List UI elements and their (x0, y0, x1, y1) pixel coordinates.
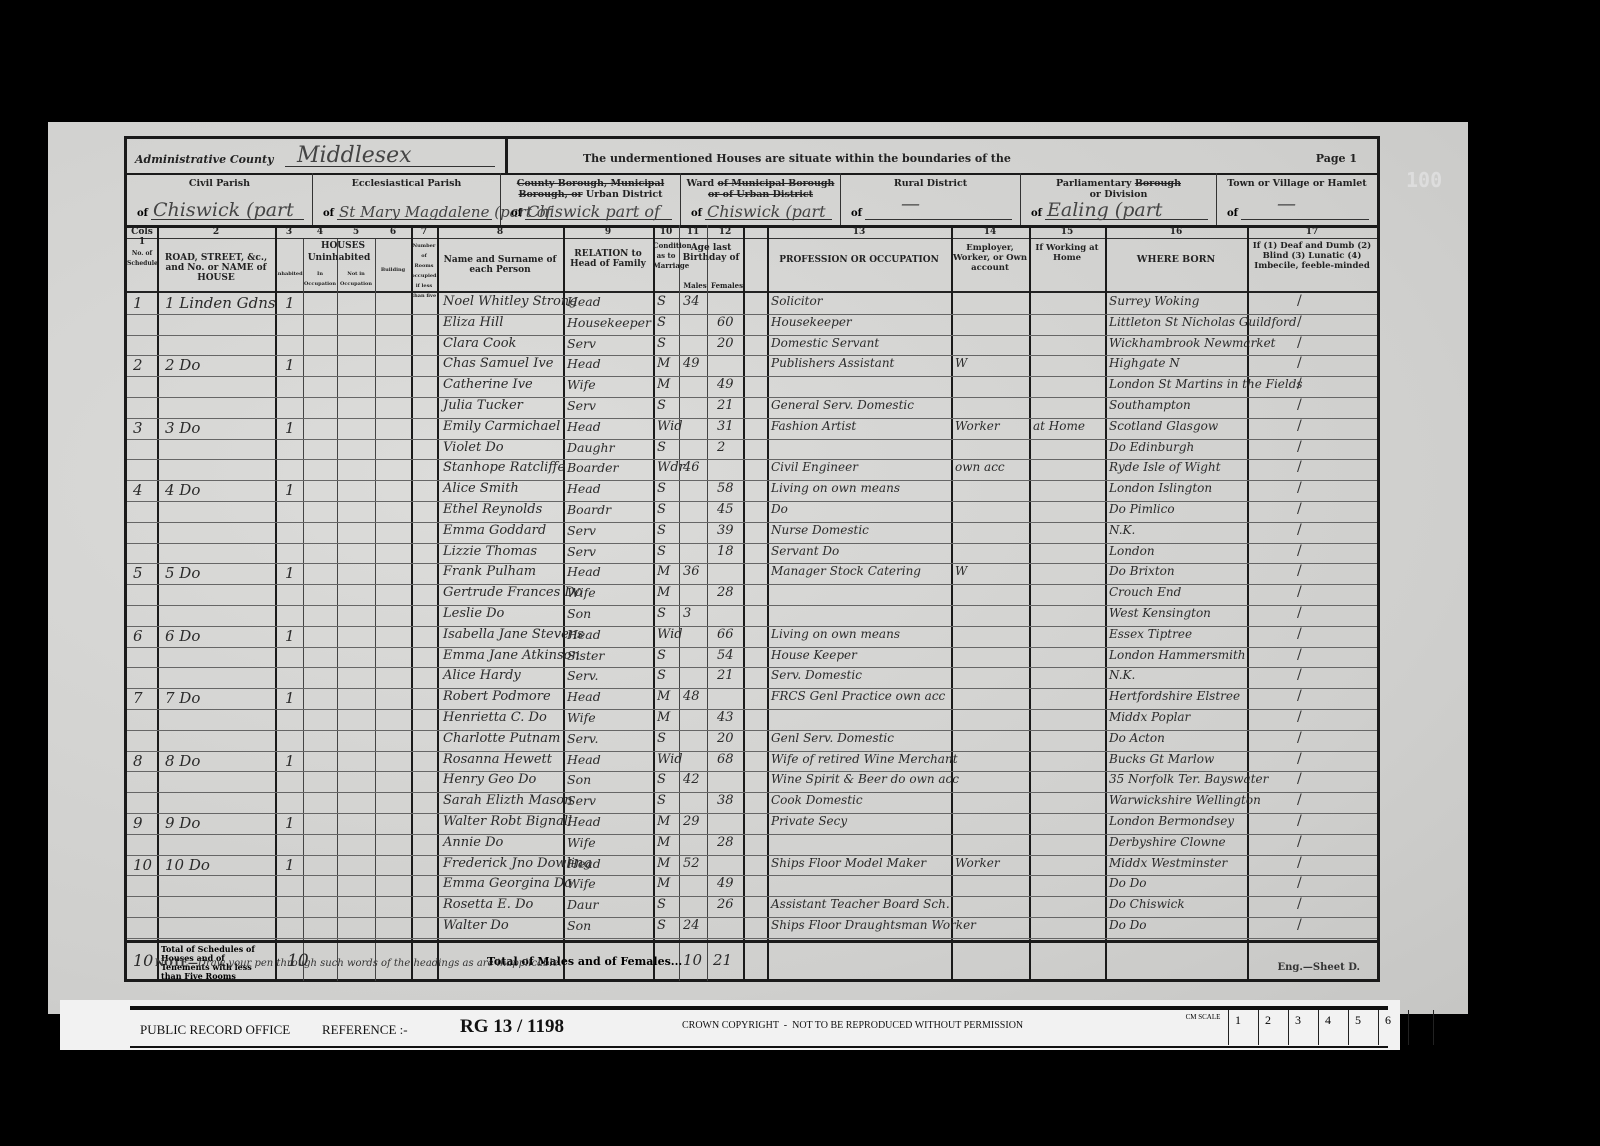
tally-mark: / (1297, 418, 1302, 434)
cell-name: Walter Do (443, 918, 509, 933)
cell-employment: W (955, 564, 967, 578)
cell-name: Clara Cook (443, 336, 516, 351)
cell-address: 2 Do (165, 356, 200, 374)
reference-label: REFERENCE :- (322, 1022, 408, 1038)
table-row: 99 Do1Walter Robt BignallHeadM29Private … (127, 813, 1377, 835)
cell-condition: M (657, 876, 670, 891)
cell-female-age: 38 (717, 793, 734, 808)
cell-occupation: Civil Engineer (771, 460, 858, 474)
column-heading: If (1) Deaf and Dumb (2) Blind (3) Lunat… (1247, 241, 1377, 271)
folio-number: 100 (1406, 168, 1442, 192)
table-row: Julia TuckerServS21General Serv. Domesti… (127, 397, 1377, 419)
cell-male-age: 34 (683, 294, 700, 309)
tally-mark: / (1297, 688, 1302, 704)
cell-born: Surrey Woking (1109, 294, 1199, 308)
cell-occupation: Ships Floor Model Maker (771, 856, 926, 870)
cell-condition: S (657, 918, 666, 933)
table-row: Gertrude Frances DoWifeM28Crouch End/ (127, 584, 1377, 606)
cell-born: Crouch End (1109, 585, 1181, 599)
cell-male-age: 52 (683, 856, 700, 871)
total-schedules: 10 (133, 951, 153, 970)
cell-occupation: Housekeeper (771, 315, 852, 329)
cell-condition: M (657, 564, 670, 579)
cell-born: London Bermondsey (1109, 814, 1234, 828)
cell-name: Lizzie Thomas (443, 544, 537, 559)
cell-relation: Head (567, 564, 601, 579)
cell-condition: M (657, 356, 670, 371)
scale-mark (1408, 1010, 1434, 1045)
cell-name: Noel Whitley Strong (443, 294, 578, 309)
tally-mark: / (1297, 584, 1302, 600)
cell-inhabited: 1 (285, 419, 295, 437)
column-heading: In Occupation (303, 269, 337, 289)
cell-born: Scotland Glasgow (1109, 419, 1218, 433)
table-row: Leslie DoSonS3West Kensington/ (127, 605, 1377, 627)
cell-address: 3 Do (165, 419, 200, 437)
table-row: Lizzie ThomasServS18Servant DoLondon/ (127, 543, 1377, 565)
cell-female-age: 58 (717, 481, 734, 496)
cell-occupation: General Serv. Domestic (771, 398, 914, 412)
cell-female-age: 60 (717, 315, 734, 330)
tally-mark: / (1297, 439, 1302, 455)
column-number: 13 (767, 227, 951, 237)
cell-relation: Boardr (567, 502, 611, 517)
cell-born: Essex Tiptree (1109, 627, 1192, 641)
cell-condition: S (657, 398, 666, 413)
scale-mark: 5 (1348, 1010, 1378, 1045)
cell-address: 4 Do (165, 481, 200, 499)
census-form: Administrative County Middlesex The unde… (124, 136, 1380, 982)
cell-condition: M (657, 585, 670, 600)
cell-name: Sarah Elizth Mason (443, 793, 572, 808)
cell-born: 35 Norfolk Ter. Bayswater (1109, 772, 1268, 786)
cell-condition: M (657, 710, 670, 725)
houses-heading: HOUSES (275, 241, 411, 251)
tally-mark: / (1297, 355, 1302, 371)
cell-at-home: at Home (1033, 419, 1085, 433)
tally-mark: / (1297, 896, 1302, 912)
cell-relation: Serv (567, 336, 596, 351)
cell-name: Julia Tucker (443, 398, 523, 413)
tally-mark: / (1297, 709, 1302, 725)
cell-born: Bucks Gt Marlow (1109, 752, 1214, 766)
column-number: 17 (1247, 227, 1377, 237)
cell-occupation: Domestic Servant (771, 336, 879, 350)
cell-female-age: 54 (717, 648, 734, 663)
scale-mark: 1 (1228, 1010, 1258, 1045)
column-heading: ROAD, STREET, &c., and No. or NAME of HO… (157, 253, 275, 283)
cell-born: Ryde Isle of Wight (1109, 460, 1221, 474)
cell-inhabited: 1 (285, 627, 295, 645)
column-number: 9 (563, 227, 653, 237)
cell-female-age: 28 (717, 835, 734, 850)
cell-relation: Serv. (567, 731, 599, 746)
cell-inhabited: 1 (285, 689, 295, 707)
cell-female-age: 2 (717, 440, 725, 455)
cell-inhabited: 1 (285, 294, 295, 312)
cell-occupation: House Keeper (771, 648, 857, 662)
cell-occupation: Cook Domestic (771, 793, 863, 807)
form-header-top: Administrative County Middlesex The unde… (127, 139, 1377, 175)
cell-male-age: 36 (683, 564, 700, 579)
cell-name: Violet Do (443, 440, 504, 455)
table-row: Ethel ReynoldsBoardrS45DoDo Pimlico/ (127, 501, 1377, 523)
cell-name: Leslie Do (443, 606, 504, 621)
cell-born: Wickhambrook Newmarket (1109, 336, 1276, 350)
cell-relation: Head (567, 627, 601, 642)
cell-name: Emma Goddard (443, 523, 546, 538)
cell-relation: Boarder (567, 460, 619, 475)
page-label: Page 1 (1316, 152, 1357, 165)
column-number: 2 (157, 227, 275, 237)
cell-schedule: 8 (133, 752, 143, 770)
cell-female-age: 49 (717, 377, 734, 392)
cell-schedule: 5 (133, 564, 143, 582)
total-males: 10 (683, 951, 702, 969)
cell-name: Robert Podmore (443, 689, 551, 704)
cell-occupation: Wife of retired Wine Merchant (771, 752, 958, 766)
cell-condition: M (657, 814, 670, 829)
cell-born: Do Brixton (1109, 564, 1175, 578)
cell-relation: Head (567, 356, 601, 371)
column-heading: RELATION to Head of Family (563, 249, 653, 269)
tally-mark: / (1297, 751, 1302, 767)
tally-mark: / (1297, 647, 1302, 663)
table-row: Emma GoddardServS39Nurse DomesticN.K./ (127, 522, 1377, 544)
column-number: 6 (375, 227, 411, 237)
cell-relation: Wife (567, 876, 596, 891)
cell-name: Charlotte Putnam (443, 731, 560, 746)
tally-mark: / (1297, 626, 1302, 642)
scale-mark: 2 (1258, 1010, 1288, 1045)
cell-male-age: 46 (683, 460, 700, 475)
scale-mark: 6 (1378, 1010, 1408, 1045)
column-heading: Inhabited (275, 269, 303, 279)
cell-schedule: 6 (133, 627, 143, 645)
column-number: 12 (707, 227, 743, 237)
tally-mark: / (1297, 792, 1302, 808)
cell-born: N.K. (1109, 668, 1135, 682)
column-number: 5 (337, 227, 375, 237)
tally-mark: / (1297, 480, 1302, 496)
cell-condition: S (657, 648, 666, 663)
civil-parish: Civil Parish of Chiswick (part (127, 173, 313, 225)
column-heading: Building (375, 265, 411, 275)
admin-county-value: Middlesex (297, 143, 412, 168)
cell-occupation: Assistant Teacher Board Sch. (771, 897, 950, 911)
cell-female-age: 68 (717, 752, 734, 767)
table-row: 11 Linden Gdns1Noel Whitley StrongHeadS3… (127, 293, 1377, 315)
cell-relation: Head (567, 752, 601, 767)
table-row: Walter DoSonS24Ships Floor Draughtsman W… (127, 917, 1377, 939)
cell-occupation: Living on own means (771, 481, 900, 495)
table-row: Clara CookServS20Domestic ServantWickham… (127, 335, 1377, 357)
cm-scale: CM SCALE 123456 (1178, 1010, 1434, 1045)
cell-occupation: Serv. Domestic (771, 668, 862, 682)
cell-male-age: 3 (683, 606, 691, 621)
footnote: NOTE—Draw your pen through such words of… (155, 958, 562, 969)
cell-relation: Head (567, 689, 601, 704)
table-row: Eliza HillHousekeeperS60HousekeeperLittl… (127, 314, 1377, 336)
cell-condition: S (657, 731, 666, 746)
cell-name: Stanhope Ratcliffe (443, 460, 565, 475)
cell-male-age: 24 (683, 918, 700, 933)
cell-occupation: Wine Spirit & Beer do own acc (771, 772, 959, 786)
cell-relation: Serv (567, 398, 596, 413)
cell-name: Emily Carmichael (443, 419, 560, 434)
cell-name: Eliza Hill (443, 315, 503, 330)
tally-mark: / (1297, 855, 1302, 871)
cell-relation: Wife (567, 377, 596, 392)
tally-mark: / (1297, 834, 1302, 850)
cell-born: Derbyshire Clowne (1109, 835, 1226, 849)
cell-condition: M (657, 835, 670, 850)
cell-male-age: 48 (683, 689, 700, 704)
cell-name: Rosetta E. Do (443, 897, 533, 912)
census-table: Cols 1234567891011121314151617No. of Sch… (127, 225, 1377, 981)
cell-female-age: 20 (717, 336, 734, 351)
cell-address: 5 Do (165, 564, 200, 582)
column-heading: No. of Schedule (127, 249, 157, 269)
table-row: 55 Do1Frank PulhamHeadM36Manager Stock C… (127, 563, 1377, 585)
column-heading: Age last Birthday of (679, 243, 743, 263)
cell-condition: S (657, 668, 666, 683)
administrative-county: Administrative County Middlesex (127, 139, 508, 173)
cell-occupation: Solicitor (771, 294, 822, 308)
cell-female-age: 31 (717, 419, 734, 434)
column-heading: If Working at Home (1029, 243, 1105, 263)
cell-schedule: 2 (133, 356, 143, 374)
cell-relation: Wife (567, 585, 596, 600)
cell-name: Isabella Jane Stevens (443, 627, 584, 642)
admin-county-label: Administrative County (135, 153, 273, 166)
cell-female-age: 45 (717, 502, 734, 517)
cell-female-age: 18 (717, 544, 734, 559)
cell-born: London St Martins in the Fields (1109, 377, 1303, 391)
cell-relation: Sister (567, 648, 604, 663)
cell-condition: Wid (657, 627, 683, 642)
copyright-notice: CROWN COPYRIGHT - NOT TO BE REPRODUCED W… (682, 1020, 1023, 1031)
uninhabited-heading: Uninhabited (303, 253, 375, 263)
cell-name: Chas Samuel Ive (443, 356, 553, 371)
archive-footer: PUBLIC RECORD OFFICE REFERENCE :- RG 13 … (60, 1000, 1400, 1050)
cell-relation: Daughr (567, 440, 615, 455)
cell-relation: Serv (567, 544, 596, 559)
cell-relation: Serv (567, 523, 596, 538)
cell-schedule: 3 (133, 419, 143, 437)
table-row: Emma Georgina DoWifeM49Do Do/ (127, 875, 1377, 897)
cell-employment: Worker (955, 419, 1000, 433)
undermentioned-text: The undermentioned Houses are situate wi… (583, 152, 1011, 165)
cell-occupation: Fashion Artist (771, 419, 856, 433)
cell-born: Do Chiswick (1109, 897, 1185, 911)
tally-mark: / (1297, 667, 1302, 683)
cell-condition: S (657, 336, 666, 351)
tally-mark: / (1297, 771, 1302, 787)
cell-condition: S (657, 606, 666, 621)
cell-born: Do Edinburgh (1109, 440, 1194, 454)
cell-occupation: Ships Floor Draughtsman Worker (771, 918, 976, 932)
scale-mark: 4 (1318, 1010, 1348, 1045)
cell-condition: M (657, 856, 670, 871)
table-row: 44 Do1Alice SmithHeadS58Living on own me… (127, 480, 1377, 502)
tally-mark: / (1297, 543, 1302, 559)
tally-mark: / (1297, 563, 1302, 579)
table-row: 88 Do1Rosanna HewettHeadWid68Wife of ret… (127, 751, 1377, 773)
table-row: Emma Jane AtkinsonSisterS54House KeeperL… (127, 647, 1377, 669)
reference-number: RG 13 / 1198 (460, 1016, 564, 1038)
cell-born: Do Do (1109, 876, 1147, 890)
column-heading: Condition as to Marriage (653, 241, 679, 271)
cell-born: Do Pimlico (1109, 502, 1175, 516)
cell-male-age: 49 (683, 356, 700, 371)
cell-born: London Hammersmith (1109, 648, 1246, 662)
tally-mark: / (1297, 397, 1302, 413)
column-number: Cols 1 (127, 227, 157, 247)
cell-born: Do Do (1109, 918, 1147, 932)
column-heading: Number of Rooms occupied if less than fi… (411, 241, 437, 301)
cell-condition: S (657, 502, 666, 517)
age-subheading-females: Females (711, 281, 743, 291)
cell-schedule: 4 (133, 481, 143, 499)
tally-mark: / (1297, 501, 1302, 517)
cell-address: 7 Do (165, 689, 200, 707)
cell-born: Middx Poplar (1109, 710, 1190, 724)
cell-relation: Head (567, 856, 601, 871)
cell-condition: Wid (657, 419, 683, 434)
total-females: 21 (713, 951, 732, 969)
cell-occupation: Genl Serv. Domestic (771, 731, 894, 745)
column-number: 10 (653, 227, 679, 237)
cell-born: Warwickshire Wellington (1109, 793, 1261, 807)
cell-relation: Serv (567, 793, 596, 808)
cell-name: Henrietta C. Do (443, 710, 547, 725)
column-number: 16 (1105, 227, 1247, 237)
cell-born: Southampton (1109, 398, 1191, 412)
cell-condition: S (657, 544, 666, 559)
column-number: 15 (1029, 227, 1105, 237)
age-subheading-males: Males (679, 281, 711, 291)
cell-name: Walter Robt Bignall (443, 814, 572, 829)
cell-relation: Housekeeper (567, 315, 651, 330)
cell-schedule: 10 (133, 856, 152, 874)
cell-relation: Son (567, 918, 591, 933)
table-row: Alice HardyServ.S21Serv. DomesticN.K./ (127, 667, 1377, 689)
cell-relation: Head (567, 294, 601, 309)
cell-inhabited: 1 (285, 356, 295, 374)
column-heading: PROFESSION OR OCCUPATION (767, 255, 951, 265)
tally-mark: / (1297, 730, 1302, 746)
cell-occupation: Manager Stock Catering (771, 564, 921, 578)
cell-occupation: Living on own means (771, 627, 900, 641)
cell-relation: Head (567, 481, 601, 496)
cell-schedule: 9 (133, 814, 143, 832)
table-row: Henry Geo DoSonS42Wine Spirit & Beer do … (127, 771, 1377, 793)
district-row: Civil Parish of Chiswick (part Ecclesias… (127, 173, 1377, 228)
cell-female-age: 66 (717, 627, 734, 642)
cell-name: Alice Hardy (443, 668, 521, 683)
tally-mark: / (1297, 813, 1302, 829)
cell-occupation: FRCS Genl Practice own acc (771, 689, 945, 703)
parliamentary-division: Parliamentary Boroughor Division of Eali… (1021, 173, 1217, 225)
cell-relation: Wife (567, 835, 596, 850)
table-row: 33 Do1Emily CarmichaelHeadWid31Fashion A… (127, 418, 1377, 440)
cell-condition: S (657, 523, 666, 538)
ward: Ward of Municipal Borough or of Urban Di… (681, 173, 841, 225)
cell-address: 8 Do (165, 752, 200, 770)
cell-female-age: 21 (717, 398, 734, 413)
cell-schedule: 7 (133, 689, 143, 707)
table-row: Catherine IveWifeM49London St Martins in… (127, 376, 1377, 398)
cell-female-age: 43 (717, 710, 734, 725)
cell-female-age: 20 (717, 731, 734, 746)
cell-female-age: 28 (717, 585, 734, 600)
cell-born: London (1109, 544, 1155, 558)
column-heading: Employer, Worker, or Own account (951, 243, 1029, 273)
cell-born: Do Acton (1109, 731, 1165, 745)
table-row: 77 Do1Robert PodmoreHeadM48FRCS Genl Pra… (127, 688, 1377, 710)
cell-condition: S (657, 315, 666, 330)
tally-mark: / (1297, 293, 1302, 309)
cell-inhabited: 1 (285, 752, 295, 770)
cell-name: Frank Pulham (443, 564, 536, 579)
column-heading: Not in Occupation (337, 269, 375, 289)
cell-occupation: Servant Do (771, 544, 839, 558)
table-row: Violet DoDaughrS2Do Edinburgh/ (127, 439, 1377, 461)
cell-born: London Islington (1109, 481, 1212, 495)
cell-relation: Head (567, 419, 601, 434)
tally-mark: / (1297, 605, 1302, 621)
cell-relation: Daur (567, 897, 599, 912)
town-village-hamlet: Town or Village or Hamlet of — (1217, 173, 1377, 225)
column-number: 4 (303, 227, 337, 237)
tally-mark: / (1297, 459, 1302, 475)
table-row: 1010 Do1Frederick Jno DowlingHeadM52Ship… (127, 855, 1377, 877)
cell-condition: S (657, 772, 666, 787)
tally-mark: / (1297, 314, 1302, 330)
tally-mark: / (1297, 335, 1302, 351)
cell-occupation: Publishers Assistant (771, 356, 894, 370)
urban-district: County Borough, Municipal Borough, or Ur… (501, 173, 681, 225)
cell-born: West Kensington (1109, 606, 1211, 620)
cell-born: Highgate N (1109, 356, 1180, 370)
cell-female-age: 26 (717, 897, 734, 912)
cell-male-age: 29 (683, 814, 700, 829)
cell-name: Rosanna Hewett (443, 752, 552, 767)
cell-name: Catherine Ive (443, 377, 533, 392)
table-row: Rosetta E. DoDaurS26Assistant Teacher Bo… (127, 896, 1377, 918)
cell-address: 1 Linden Gdns (165, 294, 276, 312)
cell-condition: Wdr (657, 460, 685, 475)
sheet-reference: Eng.—Sheet D. (1278, 962, 1360, 973)
table-row: Charlotte PutnamServ.S20Genl Serv. Domes… (127, 730, 1377, 752)
cell-occupation: Nurse Domestic (771, 523, 869, 537)
table-row: Annie DoWifeM28Derbyshire Clowne/ (127, 834, 1377, 856)
cell-condition: M (657, 689, 670, 704)
cell-relation: Son (567, 606, 591, 621)
cell-address: 10 Do (165, 856, 210, 874)
table-row: 66 Do1Isabella Jane StevensHeadWid66Livi… (127, 626, 1377, 648)
cell-male-age: 42 (683, 772, 700, 787)
scale-label: CM SCALE (1178, 1010, 1228, 1045)
cell-condition: M (657, 377, 670, 392)
table-row: 22 Do1Chas Samuel IveHeadM49Publishers A… (127, 355, 1377, 377)
cell-condition: S (657, 294, 666, 309)
cell-born: Middx Westminster (1109, 856, 1227, 870)
cell-employment: W (955, 356, 967, 370)
tally-mark: / (1297, 522, 1302, 538)
cell-born: Littleton St Nicholas Guildford (1109, 315, 1297, 329)
